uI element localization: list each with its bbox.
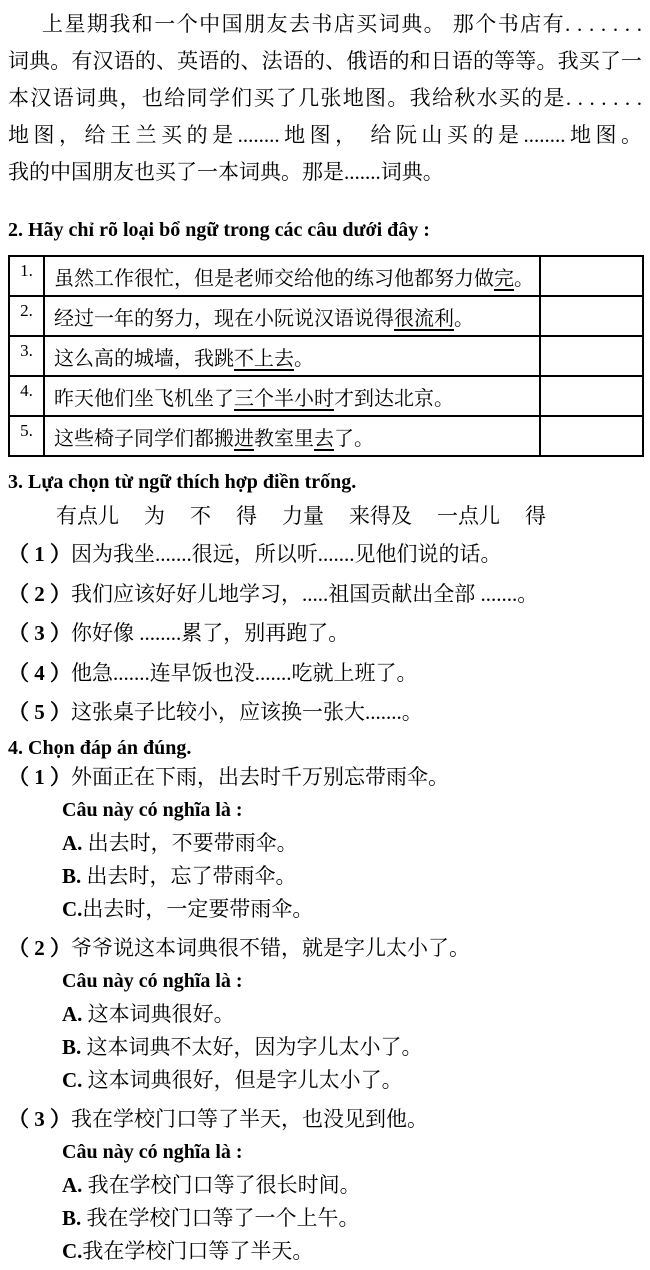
word-bank-item: 得: [525, 497, 546, 535]
question-line: （ 1 ）外面正在下雨，出去时千万别忘带雨伞。: [8, 761, 642, 794]
option-text: 这本词典很好。: [82, 1002, 234, 1026]
answer-cell: [540, 296, 643, 336]
mc-question: （ 2 ）爷爷说这本词典很不错，就是字儿太小了。 Câu này có nghĩ…: [8, 932, 642, 1097]
sentence-text: 。: [454, 308, 474, 330]
sentence-text: 这么高的城墙，我跳: [54, 348, 234, 370]
fill-blank-item: （ 3 ）你好像 ........累了，别再跑了。: [8, 614, 642, 654]
option-label: A.: [62, 1173, 82, 1197]
passage-line: 本汉语词典，也给同学们买了几张地图。我给秋水买的是. . . . . . .: [8, 80, 642, 117]
option-c: C.我在学校门口等了半天。: [62, 1235, 642, 1268]
question-text: 外面正在下雨，出去时千万别忘带雨伞。: [71, 765, 449, 789]
question-number: （ 2 ）: [8, 936, 71, 960]
table-row: 3. 这么高的城墙，我跳不上去。: [9, 336, 643, 376]
question-line: （ 3 ）我在学校门口等了半天，也没见到他。: [8, 1103, 642, 1136]
option-b: B. 出去时，忘了带雨伞。: [62, 860, 642, 893]
word-bank-item: 力量: [282, 497, 324, 535]
sentence-cell: 这些椅子同学们都搬进教室里去了。: [44, 416, 540, 456]
option-label: C.: [62, 897, 82, 921]
option-text: 出去时，一定要带雨伞。: [82, 897, 313, 921]
passage-line: 我的中国朋友也买了一本词典。那是.......词典。: [8, 154, 642, 191]
fill-blank-item: （ 4 ）他急.......连早饭也没.......吃就上班了。: [8, 654, 642, 694]
item-number: （ 5 ）: [8, 700, 71, 724]
passage-line: 地图，给王兰买的是........地图， 给阮山买的是........地图。: [8, 117, 642, 154]
question-text: 爷爷说这本词典很不错，就是字儿太小了。: [71, 936, 470, 960]
item-text: 你好像 ........累了，别再跑了。: [71, 621, 349, 645]
sentence-text: 经过一年的努力，现在小阮说汉语说得: [54, 308, 394, 330]
option-label: C.: [62, 1239, 82, 1263]
word-bank-item: 来得及: [349, 497, 412, 535]
answer-cell: [540, 256, 643, 296]
sentence-cell: 这么高的城墙，我跳不上去。: [44, 336, 540, 376]
item-text: 我们应该好好儿地学习，.....祖国贡献出全部 .......。: [71, 582, 538, 606]
option-text: 出去时，忘了带雨伞。: [81, 864, 296, 888]
fill-blank-item: （ 5 ）这张桌子比较小，应该换一张大.......。: [8, 693, 642, 733]
option-label: B.: [62, 864, 81, 888]
answer-cell: [540, 376, 643, 416]
section2-title: 2. Hãy chỉ rõ loại bổ ngữ trong các câu …: [8, 217, 642, 243]
sentence-cell: 昨天他们坐飞机坐了三个半小时才到达北京。: [44, 376, 540, 416]
option-c: C.出去时，一定要带雨伞。: [62, 893, 642, 926]
item-text: 这张桌子比较小，应该换一张大.......。: [71, 700, 423, 724]
option-label: A.: [62, 1002, 82, 1026]
worksheet-page: 上星期我和一个中国朋友去书店买词典。 那个书店有. . . . . . . 词典…: [0, 0, 650, 1270]
item-text: 他急.......连早饭也没.......吃就上班了。: [71, 661, 418, 685]
answer-prompt: Câu này có nghĩa là :: [62, 794, 642, 827]
option-text: 这本词典不太好，因为字儿太小了。: [81, 1035, 422, 1059]
option-text: 出去时，不要带雨伞。: [82, 831, 297, 855]
item-number: （ 3 ）: [8, 621, 71, 645]
word-bank-item: 得: [236, 497, 257, 535]
word-bank-item: 不: [190, 497, 211, 535]
answer-prompt: Câu này có nghĩa là :: [62, 1136, 642, 1169]
word-bank-item: 为: [144, 497, 165, 535]
word-bank-item: 有点儿: [56, 497, 119, 535]
answer-prompt: Câu này có nghĩa là :: [62, 965, 642, 998]
option-b: B. 这本词典不太好，因为字儿太小了。: [62, 1031, 642, 1064]
complement-exercise-table: 1. 虽然工作很忙，但是老师交给他的练习他都努力做完。 2. 经过一年的努力，现…: [8, 255, 644, 457]
sentence-cell: 虽然工作很忙，但是老师交给他的练习他都努力做完。: [44, 256, 540, 296]
sentence-text: 教室里: [254, 428, 314, 450]
option-a: A. 我在学校门口等了很长时间。: [62, 1169, 642, 1202]
item-number: （ 2 ）: [8, 582, 71, 606]
underlined-complement: 进: [234, 428, 254, 450]
question-number: （ 1 ）: [8, 765, 71, 789]
option-text: 这本词典很好，但是字儿太小了。: [82, 1068, 402, 1092]
passage-line: 上星期我和一个中国朋友去书店买词典。 那个书店有. . . . . . .: [8, 6, 642, 43]
fill-blank-list: （ 1 ）因为我坐.......很远，所以听.......见他们说的话。 （ 2…: [8, 535, 642, 733]
question-text: 我在学校门口等了半天，也没见到他。: [71, 1107, 428, 1131]
word-bank: 有点儿 为 不 得 力量 来得及 一点儿 得: [8, 497, 642, 535]
option-a: A. 出去时，不要带雨伞。: [62, 827, 642, 860]
mc-question: （ 1 ）外面正在下雨，出去时千万别忘带雨伞。 Câu này có nghĩa…: [8, 761, 642, 926]
table-row: 1. 虽然工作很忙，但是老师交给他的练习他都努力做完。: [9, 256, 643, 296]
option-text: 我在学校门口等了一个上午。: [81, 1206, 359, 1230]
option-text: 我在学校门口等了很长时间。: [82, 1173, 360, 1197]
answer-cell: [540, 336, 643, 376]
row-number: 1.: [9, 256, 44, 296]
answer-cell: [540, 416, 643, 456]
item-number: （ 1 ）: [8, 542, 71, 566]
fill-blank-item: （ 1 ）因为我坐.......很远，所以听.......见他们说的话。: [8, 535, 642, 575]
underlined-complement: 三个半小时: [234, 388, 334, 410]
option-a: A. 这本词典很好。: [62, 998, 642, 1031]
table-row: 2. 经过一年的努力，现在小阮说汉语说得很流利。: [9, 296, 643, 336]
sentence-text: 这些椅子同学们都搬: [54, 428, 234, 450]
underlined-complement: 不上去: [234, 348, 294, 370]
question-number: （ 3 ）: [8, 1107, 71, 1131]
item-text: 因为我坐.......很远，所以听.......见他们说的话。: [71, 542, 502, 566]
row-number: 5.: [9, 416, 44, 456]
reading-passage: 上星期我和一个中国朋友去书店买词典。 那个书店有. . . . . . . 词典…: [8, 6, 642, 191]
sentence-text: 才到达北京。: [334, 388, 454, 410]
sentence-text: 。: [294, 348, 314, 370]
row-number: 2.: [9, 296, 44, 336]
sentence-text: 虽然工作很忙，但是老师交给他的练习他都努力做: [54, 268, 494, 290]
row-number: 3.: [9, 336, 44, 376]
sentence-text: 。: [514, 268, 534, 290]
option-b: B. 我在学校门口等了一个上午。: [62, 1202, 642, 1235]
option-label: B.: [62, 1035, 81, 1059]
mc-question: （ 3 ）我在学校门口等了半天，也没见到他。 Câu này có nghĩa …: [8, 1103, 642, 1268]
option-label: C.: [62, 1068, 82, 1092]
word-bank-item: 一点儿: [437, 497, 500, 535]
option-text: 我在学校门口等了半天。: [82, 1239, 313, 1263]
table-row: 5. 这些椅子同学们都搬进教室里去了。: [9, 416, 643, 456]
underlined-complement: 去: [314, 428, 334, 450]
fill-blank-item: （ 2 ）我们应该好好儿地学习，.....祖国贡献出全部 .......。: [8, 575, 642, 615]
row-number: 4.: [9, 376, 44, 416]
sentence-text: 了。: [334, 428, 374, 450]
passage-line: 词典。有汉语的、英语的、法语的、俄语的和日语的等等。我买了一: [8, 43, 642, 80]
underlined-complement: 完: [494, 268, 514, 290]
section3-title: 3. Lựa chọn từ ngữ thích hợp điền trống.: [8, 469, 642, 495]
sentence-cell: 经过一年的努力，现在小阮说汉语说得很流利。: [44, 296, 540, 336]
item-number: （ 4 ）: [8, 661, 71, 685]
underlined-complement: 很流利: [394, 308, 454, 330]
option-label: A.: [62, 831, 82, 855]
section4-title: 4. Chọn đáp án đúng.: [8, 735, 642, 761]
table-row: 4. 昨天他们坐飞机坐了三个半小时才到达北京。: [9, 376, 643, 416]
sentence-text: 昨天他们坐飞机坐了: [54, 388, 234, 410]
option-label: B.: [62, 1206, 81, 1230]
question-line: （ 2 ）爷爷说这本词典很不错，就是字儿太小了。: [8, 932, 642, 965]
option-c: C. 这本词典很好，但是字儿太小了。: [62, 1064, 642, 1097]
